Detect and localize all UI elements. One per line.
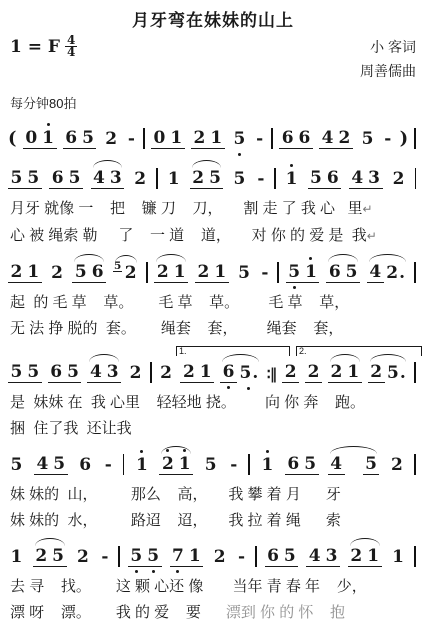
note: 5 xyxy=(8,455,25,475)
note-group: 5 xyxy=(231,169,248,189)
note: 6 xyxy=(63,128,80,149)
note: 6 xyxy=(89,262,106,283)
note: 5 xyxy=(363,454,380,475)
note: 1 xyxy=(208,128,225,149)
note: 5 xyxy=(128,546,145,567)
note: 2 xyxy=(282,362,299,383)
octave-dot-above xyxy=(309,257,312,260)
note: 4 xyxy=(349,168,366,189)
note: 5 xyxy=(51,454,68,475)
note-group-slurred: 21 xyxy=(154,262,188,283)
note-group-slurred: 52 xyxy=(113,263,139,283)
dash: - xyxy=(259,263,270,283)
note: 2 xyxy=(154,262,171,283)
note-group: 5 xyxy=(8,455,25,475)
note: 1 xyxy=(165,169,182,189)
return-mark: ↵ xyxy=(363,202,373,216)
note-group: 65 xyxy=(49,168,83,189)
note: 5 xyxy=(8,168,25,189)
note-group: 42 xyxy=(319,128,353,149)
music-line: 1252-55712-6543211 xyxy=(8,536,418,571)
barline xyxy=(414,454,416,475)
note: 6 xyxy=(324,168,341,189)
octave-dot-below xyxy=(152,570,155,573)
note-group: 65 xyxy=(285,454,319,475)
augmentation-dot: . xyxy=(400,363,406,383)
note: 2 xyxy=(159,454,176,475)
note: 2 xyxy=(190,168,207,189)
note-group-slurred: 25 xyxy=(33,546,67,567)
close-paren: ) xyxy=(400,128,409,149)
note: 5 xyxy=(80,128,97,149)
note-group-slurred: 25 xyxy=(190,168,224,189)
note: 5 xyxy=(359,129,376,149)
lyric-line: 漂 呀 漂。 我 的 爱 要 漂到 你 的 怀 抱 xyxy=(8,602,418,623)
note: 6 xyxy=(326,262,343,283)
note: 2 xyxy=(336,128,353,149)
note: 4 xyxy=(328,454,345,475)
note: 5. xyxy=(237,363,261,383)
octave-dot-below xyxy=(247,387,250,390)
barline xyxy=(414,128,416,149)
note-group-slurred: 56 xyxy=(72,262,106,283)
note-group: 21 xyxy=(195,262,229,283)
note: 5 xyxy=(231,169,248,189)
composer-credit: 周善儒曲 xyxy=(360,59,416,83)
note-group: 56 xyxy=(308,168,342,189)
note: 2 xyxy=(103,129,120,149)
note: 0 xyxy=(23,128,40,149)
repeat-sign: ∶‖ xyxy=(267,365,276,383)
lyric-line: 妹 妹的 山， 那么 高， 我 攀 着 月 牙 xyxy=(8,484,418,505)
barline xyxy=(118,546,120,567)
barline xyxy=(415,168,417,189)
note: 1 xyxy=(197,362,214,383)
sheet-music-page: 月牙弯在妹妹的山上 1 = F 4 4 小 客词 周善儒曲 每分钟80拍 (01… xyxy=(0,0,426,623)
note: 2 xyxy=(158,363,175,383)
note: 2 xyxy=(348,546,365,567)
barline xyxy=(248,454,250,475)
lyric-text: 起 的 毛 草 草。 毛 草 草。 毛 草 草， xyxy=(10,294,349,311)
octave-dot-above xyxy=(183,449,186,452)
note: 5 xyxy=(302,454,319,475)
octave-dot-below xyxy=(227,386,230,389)
note-group: 55 xyxy=(8,168,42,189)
octave-dot-below xyxy=(293,286,296,289)
note: 5 xyxy=(236,263,253,283)
note: 5 xyxy=(145,546,162,567)
dash: - xyxy=(103,455,114,475)
note: 5 xyxy=(343,262,360,283)
note: 5 xyxy=(72,262,89,283)
note-group: 01 xyxy=(23,128,57,149)
dash: - xyxy=(228,455,239,475)
note-group-slurred: 21 xyxy=(159,454,193,475)
barline xyxy=(150,362,152,383)
note: 3 xyxy=(323,546,340,567)
note: 4 xyxy=(367,262,384,283)
dash: - xyxy=(126,129,137,149)
note: 1 xyxy=(390,547,407,567)
note: 5. xyxy=(385,363,409,383)
augmentation-dot: . xyxy=(252,363,258,383)
note: 1 xyxy=(345,362,362,383)
note: 0 xyxy=(151,128,168,149)
note-group: 1 xyxy=(165,169,182,189)
note-group: 65 xyxy=(265,546,299,567)
octave-dot-below xyxy=(238,153,241,156)
octave-dot-above xyxy=(166,449,169,452)
note-group-slurred: 25. xyxy=(368,362,409,383)
note: 3 xyxy=(104,362,121,383)
note-group: 2 xyxy=(132,169,149,189)
barline xyxy=(414,362,416,383)
note-group: 1 xyxy=(283,169,300,189)
note-group: 21 xyxy=(180,362,214,383)
note: 2 xyxy=(389,455,406,475)
note: 6 xyxy=(49,168,66,189)
note: 5 xyxy=(308,168,325,189)
note: 2 xyxy=(49,263,66,283)
dash: - xyxy=(382,129,393,149)
note-group: 1 xyxy=(390,547,407,567)
lyric-text: 月牙 就像 一 把 镰 刀 刀， 割 走 了 我 心 里 xyxy=(10,200,363,217)
octave-dot-above xyxy=(47,123,50,126)
barline xyxy=(123,454,125,475)
meter-denominator: 4 xyxy=(65,47,77,58)
note: 1 xyxy=(365,546,382,567)
note: 2 xyxy=(180,362,197,383)
lyric-text-faded: 漂到 你 的 怀 抱 xyxy=(226,604,345,621)
note: 2 xyxy=(8,262,25,283)
note-group-slurred: 65. xyxy=(220,362,261,383)
note-group: 1 xyxy=(259,455,276,475)
barline xyxy=(277,262,279,283)
lyric-text: 妹 妹的 山， 那么 高， 我 攀 着 月 牙 xyxy=(10,486,341,503)
note: 1 xyxy=(283,169,300,189)
note-group: 43 xyxy=(306,546,340,567)
note: 2 xyxy=(127,363,144,383)
note: 6 xyxy=(220,362,237,383)
note-group-slurred: 45 xyxy=(328,454,380,475)
music-line: 1.2.556543222165.∶‖222125. xyxy=(8,344,418,387)
note: 7 xyxy=(170,546,187,567)
note: 5 xyxy=(202,455,219,475)
dash: - xyxy=(99,547,110,567)
credits: 小 客词 周善儒曲 xyxy=(360,35,418,83)
note-group: 2 xyxy=(211,547,228,567)
note: 5 xyxy=(8,362,25,383)
note-group-slurred: 21 xyxy=(328,362,362,383)
note: 5 xyxy=(65,362,82,383)
note: 6 xyxy=(265,546,282,567)
note-group: 21 xyxy=(8,262,42,283)
key-base: 1 = F xyxy=(10,37,60,57)
barline xyxy=(414,262,416,283)
note: 2 xyxy=(328,362,345,383)
tempo-marking: 每分钟80拍 xyxy=(8,93,418,112)
lyric-text: 漂 呀 漂。 我 的 爱 要 xyxy=(10,604,226,621)
note-group: 21 xyxy=(191,128,225,149)
note-group-slurred: 21 xyxy=(348,546,382,567)
barline xyxy=(156,168,158,189)
music-line: (01652-01215-66425-) xyxy=(8,118,418,153)
note: 4 xyxy=(34,454,51,475)
dash: - xyxy=(255,169,266,189)
note: 1 xyxy=(303,262,320,283)
lyric-line: 起 的 毛 草 草。 毛 草 草。 毛 草 草， xyxy=(8,292,418,313)
volta-label: 2. xyxy=(299,347,307,356)
note: 5 xyxy=(25,362,42,383)
note: 2 xyxy=(122,263,139,283)
note: 1 xyxy=(40,128,57,149)
barline xyxy=(146,262,148,283)
note: 5 xyxy=(281,546,298,567)
note-group: 43 xyxy=(349,168,383,189)
note: 3 xyxy=(107,168,124,189)
barline xyxy=(143,128,145,149)
music-line: 55654321255-156432 xyxy=(8,158,418,193)
note: 2 xyxy=(195,262,212,283)
lyric-line: 捆 住了我 还让我 xyxy=(8,418,418,439)
note-group: 2 xyxy=(49,263,66,283)
note-group: 5 xyxy=(231,129,248,149)
note: 2 xyxy=(191,128,208,149)
note: 6 xyxy=(279,128,296,149)
note-group: 5 xyxy=(359,129,376,149)
octave-dot-above xyxy=(290,164,293,167)
note-group: 51 xyxy=(286,262,320,283)
note-group: 5 xyxy=(236,263,253,283)
note: 2 xyxy=(211,547,228,567)
note-group: 2 xyxy=(389,455,406,475)
note-group: 2 xyxy=(390,169,407,189)
time-signature: 4 4 xyxy=(65,35,77,58)
note: 2 xyxy=(75,547,92,567)
lyric-line: 月牙 就像 一 把 镰 刀 刀， 割 走 了 我 心 里↵ xyxy=(8,198,418,220)
octave-dot-below xyxy=(135,570,138,573)
note: 5 xyxy=(66,168,83,189)
note-group: 2 xyxy=(305,362,322,383)
score: (01652-01215-66425-)55654321255-156432月牙… xyxy=(8,118,418,623)
lyric-text: 妹 妹的 水， 路迢 迢， 我 拉 着 绳 索 xyxy=(10,512,341,529)
song-title: 月牙弯在妹妹的山上 xyxy=(8,6,418,31)
note-group: 2 xyxy=(103,129,120,149)
lyric-line: 无 法 挣 脱的 套。 绳套 套， 绳套 套， xyxy=(8,318,418,339)
note: 2 xyxy=(390,169,407,189)
lyric-line: 妹 妹的 水， 路迢 迢， 我 拉 着 绳 索 xyxy=(8,510,418,531)
note: 1 xyxy=(168,128,185,149)
note: 6 xyxy=(285,454,302,475)
lyric-text: 去 寻 找。 这 颗 心还 像 当年 青 春 年 少， xyxy=(10,578,367,595)
note-group: 1 xyxy=(8,547,25,567)
barline xyxy=(414,546,416,567)
octave-dot-above xyxy=(140,450,143,453)
note: 5 xyxy=(231,129,248,149)
note: 1 xyxy=(176,454,193,475)
grace-note: 5 xyxy=(113,261,122,272)
music-line: 212565221215-516542. xyxy=(8,252,418,287)
header-row: 1 = F 4 4 小 客词 周善儒曲 xyxy=(8,35,418,83)
music-line: 5456-1215-165452 xyxy=(8,444,418,479)
octave-dot-above xyxy=(266,450,269,453)
note: 6 xyxy=(48,362,65,383)
barline xyxy=(255,546,257,567)
note: 4 xyxy=(319,128,336,149)
note-group: 71 xyxy=(170,546,204,567)
note: 6 xyxy=(77,455,94,475)
note: 5 xyxy=(50,546,67,567)
note: 2 xyxy=(368,362,385,383)
barline xyxy=(274,168,276,189)
note-group: 2 xyxy=(75,547,92,567)
note-group: 5 xyxy=(202,455,219,475)
lyric-text: 捆 住了我 还让我 xyxy=(10,420,132,437)
note: 5 xyxy=(207,168,224,189)
lyric-line: 去 寻 找。 这 颗 心还 像 当年 青 春 年 少， xyxy=(8,576,418,597)
note-group: 45 xyxy=(34,454,68,475)
note: 4 xyxy=(87,362,104,383)
note-group-slurred: 42. xyxy=(367,262,408,283)
note: 1 xyxy=(133,455,150,475)
note: 2 xyxy=(305,362,322,383)
note: 5 xyxy=(286,262,303,283)
note-group: 01 xyxy=(151,128,185,149)
dash: - xyxy=(236,547,247,567)
augmentation-dot: . xyxy=(399,263,405,283)
lyric-text: 无 法 挣 脱的 套。 绳套 套， 绳套 套， xyxy=(10,320,343,337)
note-group: 1 xyxy=(133,455,150,475)
note-group: 66 xyxy=(279,128,313,149)
return-mark: ↵ xyxy=(367,229,377,243)
note: 2 xyxy=(33,546,50,567)
note-group: 65 xyxy=(63,128,97,149)
note: 1 xyxy=(8,547,25,567)
note-group-slurred: 65 xyxy=(326,262,360,283)
note: 6 xyxy=(296,128,313,149)
note: 4 xyxy=(306,546,323,567)
note-group: 2 xyxy=(282,362,299,383)
lyricist-credit: 小 客词 xyxy=(360,35,416,59)
volta-label: 1. xyxy=(179,347,187,356)
note: 2. xyxy=(384,263,408,283)
note: 4 xyxy=(91,168,108,189)
lyric-text: 是 妹妹 在 我 心里 轻轻地 挠。 向 你 奔 跑。 xyxy=(10,394,365,411)
note-group: 55 xyxy=(8,362,42,383)
note: 1 xyxy=(171,262,188,283)
note-group-slurred: 43 xyxy=(87,362,121,383)
note: 2 xyxy=(132,169,149,189)
dash: - xyxy=(254,129,265,149)
lyric-line: 是 妹妹 在 我 心里 轻轻地 挠。 向 你 奔 跑。 xyxy=(8,392,418,413)
lyric-text: 心 被 绳索 勒 了 一 道 道， 对 你 的 爱 是 我 xyxy=(10,227,367,244)
note: 1 xyxy=(212,262,229,283)
octave-dot-below xyxy=(176,570,179,573)
note: 1 xyxy=(25,262,42,283)
note: 1 xyxy=(259,455,276,475)
note: 3 xyxy=(366,168,383,189)
note-group: 6 xyxy=(77,455,94,475)
barline xyxy=(271,128,273,149)
note-group: 2 xyxy=(158,363,175,383)
note-group: 55 xyxy=(128,546,162,567)
note-group-slurred: 43 xyxy=(91,168,125,189)
volta-bracket: 2. xyxy=(296,346,422,356)
open-paren: ( xyxy=(8,128,17,149)
lyric-line: 心 被 绳索 勒 了 一 道 道， 对 你 的 爱 是 我↵ xyxy=(8,225,418,247)
note-group: 2 xyxy=(127,363,144,383)
note-group: 65 xyxy=(48,362,82,383)
note: 5 xyxy=(25,168,42,189)
key-signature: 1 = F 4 4 xyxy=(8,35,77,58)
note: 1 xyxy=(186,546,203,567)
